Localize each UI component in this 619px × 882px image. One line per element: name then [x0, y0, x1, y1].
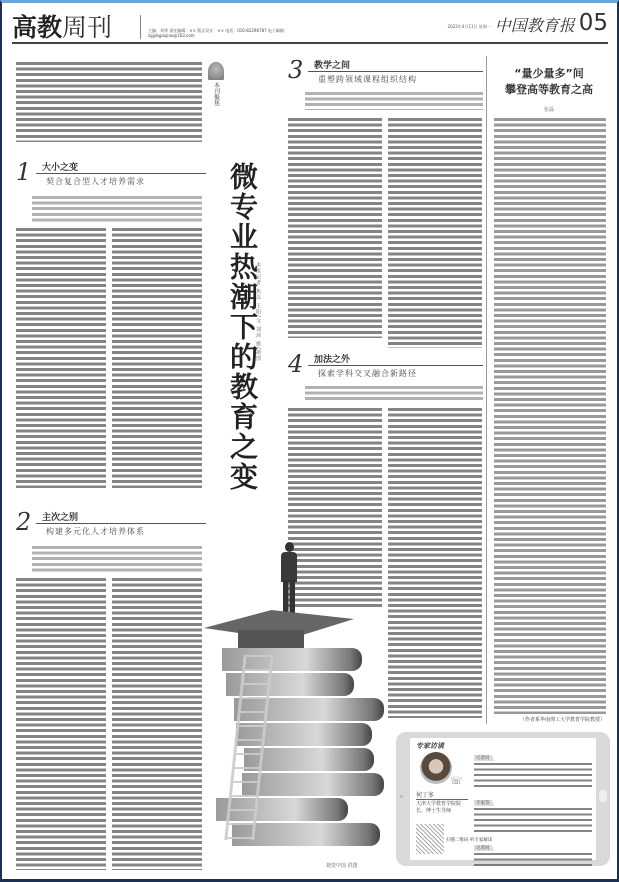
expert-interview-box: 专家访谈 ☏ 何丁多 天津大学教育学院院长、博士生导师 扫描二维码 听专家解读 … — [396, 732, 610, 866]
section-rule — [36, 523, 206, 524]
qa-item: 记者问 未来“微专业”的发展方向是什么？ — [474, 834, 592, 867]
section-subtitle: 契合复合型人才培养需求 — [46, 176, 145, 187]
interview-screen: 专家访谈 ☏ 何丁多 天津大学教育学院院长、博士生导师 扫描二维码 听专家解读 … — [410, 738, 596, 860]
lead-byline: 本报记者 焦以 王阳/文 刘沛 摄/制图 — [255, 262, 262, 362]
section-1-lede — [32, 196, 202, 222]
section-3-col-2 — [388, 118, 482, 348]
sidebar-headline-line-2: 攀登高等教育之高 — [490, 82, 608, 98]
section-2-col-2 — [112, 578, 202, 870]
section-label: 教学之间 — [314, 58, 350, 71]
section-4-col-2 — [388, 408, 482, 718]
section-2-lede — [32, 546, 202, 572]
column-logo-label: 本刊聚焦 — [212, 82, 221, 106]
section-4-heading: 4 加法之外 探索学科交叉融合新路径 — [288, 350, 483, 382]
qa-text: 微专业是对现有专业体系的有益补充…… — [474, 808, 592, 832]
section-1-col-1 — [16, 228, 106, 488]
expert-name: 何丁多 — [416, 790, 434, 799]
section-number: 1 — [16, 158, 31, 186]
issue-date: 2022年4月11日 星期一 — [448, 24, 491, 30]
qa-text: 近年来，越来越多的高校推出“微专业”…… — [474, 763, 592, 787]
paper-name: 中国教育报 — [495, 13, 575, 36]
section-number: 4 — [288, 350, 303, 378]
column-logo: 本刊聚焦 — [206, 62, 226, 106]
qa-item: 记者问 近年来，越来越多的高校推出“微专业”…… — [474, 744, 592, 787]
bell-icon — [208, 62, 224, 80]
sidebar-author: 张磊 — [490, 106, 608, 113]
section-subtitle: 重塑跨领域课程组织结构 — [318, 74, 417, 85]
sidebar-headline: “量少量多”间 攀登高等教育之高 — [490, 66, 608, 98]
section-title-light: 周刊 — [62, 13, 112, 42]
paper-branding: 2022年4月11日 星期一 中国教育报 05 — [448, 10, 608, 36]
section-rule — [308, 71, 483, 72]
qa-item: 专家答 微专业是对现有专业体系的有益补充…… — [474, 789, 592, 832]
sidebar-footer: （作者系华南理工大学教育学院教授） — [520, 716, 606, 724]
section-subtitle: 探索学科交叉融合新路径 — [318, 368, 417, 379]
section-title: 高教周刊 — [12, 8, 112, 44]
qr-code[interactable] — [416, 824, 444, 854]
expert-role: 天津大学教育学院院长、博士生导师 — [416, 799, 468, 815]
section-4-lede — [305, 386, 483, 400]
expert-avatar — [420, 752, 452, 784]
column-divider — [486, 56, 487, 724]
interview-logo: 专家访谈 — [416, 741, 444, 751]
section-title-bold: 高教 — [12, 13, 62, 42]
masthead: 高教周刊 主编：刘华 责任编辑：×× 版式设计：×× 电话：010-822967… — [12, 6, 608, 44]
section-1-heading: 1 大小之变 契合复合型人才培养需求 — [16, 158, 206, 190]
sidebar-body — [494, 118, 606, 714]
standing-person-silhouette — [278, 542, 300, 620]
editor-info: 主编：刘华 责任编辑：×× 版式设计：×× 电话：010-82296787 电子… — [148, 28, 298, 38]
tablet-camera — [400, 795, 403, 798]
qa-tag: 专家答 — [474, 800, 495, 806]
qa-text: 未来“微专业”的发展方向是什么？ — [474, 853, 592, 867]
section-1-col-2 — [112, 228, 202, 488]
section-label: 大小之变 — [42, 160, 78, 173]
masthead-divider — [140, 15, 141, 39]
section-number: 2 — [16, 508, 31, 536]
page-number: 05 — [579, 10, 608, 36]
section-3-heading: 3 教学之间 重塑跨领域课程组织结构 — [288, 56, 483, 88]
qa-tag: 记者问 — [474, 845, 495, 851]
tablet-home-button — [599, 790, 607, 802]
section-3-col-1 — [288, 118, 382, 338]
sidebar-headline-line-1: “量少量多”间 — [490, 66, 608, 82]
intro-paragraphs — [16, 62, 202, 142]
section-rule — [36, 173, 206, 174]
section-number: 3 — [288, 56, 303, 84]
qa-list: 记者问 近年来，越来越多的高校推出“微专业”…… 专家答 微专业是对现有专业体系… — [474, 744, 592, 869]
section-3-lede — [305, 92, 483, 110]
section-label: 加法之外 — [314, 352, 350, 365]
section-rule — [308, 365, 483, 366]
section-label: 主次之别 — [42, 510, 78, 523]
illustration — [196, 530, 396, 840]
section-2-col-1 — [16, 578, 106, 870]
section-subtitle: 构建多元化人才培养体系 — [46, 526, 145, 537]
phone-icon: ☏ — [450, 776, 463, 787]
qa-tag: 记者问 — [474, 755, 495, 761]
section-2-heading: 2 主次之别 构建多元化人才培养体系 — [16, 508, 206, 540]
photo-credit: 视觉中国 供图 — [326, 862, 358, 869]
